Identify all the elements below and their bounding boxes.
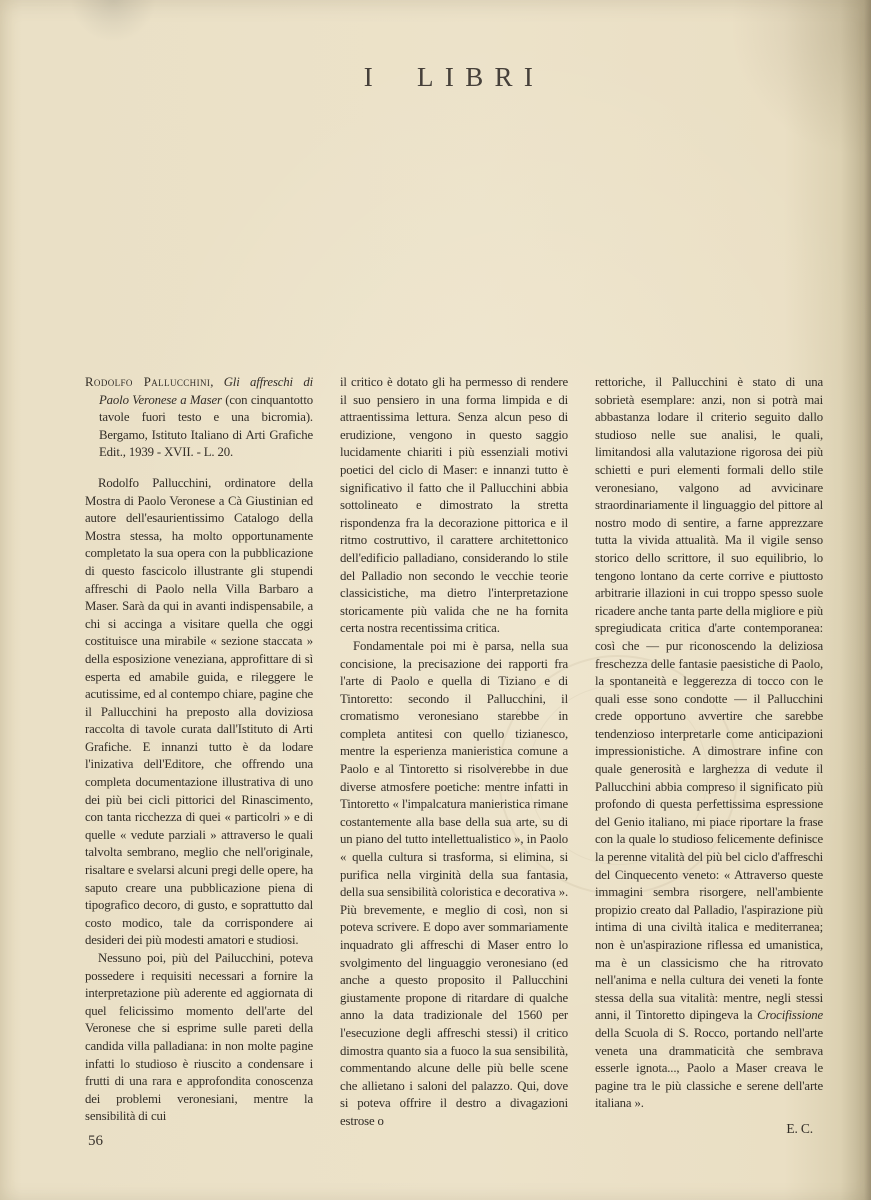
paragraph: Fondamentale poi mi è parsa, nella sua c…: [340, 638, 568, 1131]
book-citation: Rodolfo Pallucchini, Gli affreschi di Pa…: [85, 374, 313, 462]
paragraph-text: della Scuola di S. Rocco, portando nell'…: [595, 1026, 823, 1110]
citation-separator: ,: [210, 375, 223, 389]
paragraph: Rodolfo Pallucchini, ordinatore della Mo…: [85, 475, 313, 950]
scanned-book-page: I LIBRI Rodolfo Pallucchini, Gli affresc…: [0, 0, 871, 1200]
review-text-block: Rodolfo Pallucchini, Gli affreschi di Pa…: [0, 374, 871, 1138]
column-right: rettoriche, il Pallucchini è stato di un…: [595, 374, 823, 1138]
paragraph-text: rettoriche, il Pallucchini è stato di un…: [595, 375, 823, 1022]
reviewer-initials: E. C.: [595, 1120, 823, 1138]
paragraph-continuation: il critico è dotato gli ha permesso di r…: [340, 374, 568, 638]
column-left: Rodolfo Pallucchini, Gli affreschi di Pa…: [85, 374, 313, 1138]
paragraph-continuation: rettoriche, il Pallucchini è stato di un…: [595, 374, 823, 1113]
page-number: 56: [88, 1133, 103, 1150]
paragraph: Nessuno poi, più del Pailucchini, poteva…: [85, 950, 313, 1126]
artwork-title-inline: Crocifissione: [757, 1008, 823, 1022]
citation-author: Rodolfo Pallucchini: [85, 375, 210, 389]
column-middle: il critico è dotato gli ha permesso di r…: [340, 374, 568, 1138]
section-heading: I LIBRI: [0, 0, 871, 93]
